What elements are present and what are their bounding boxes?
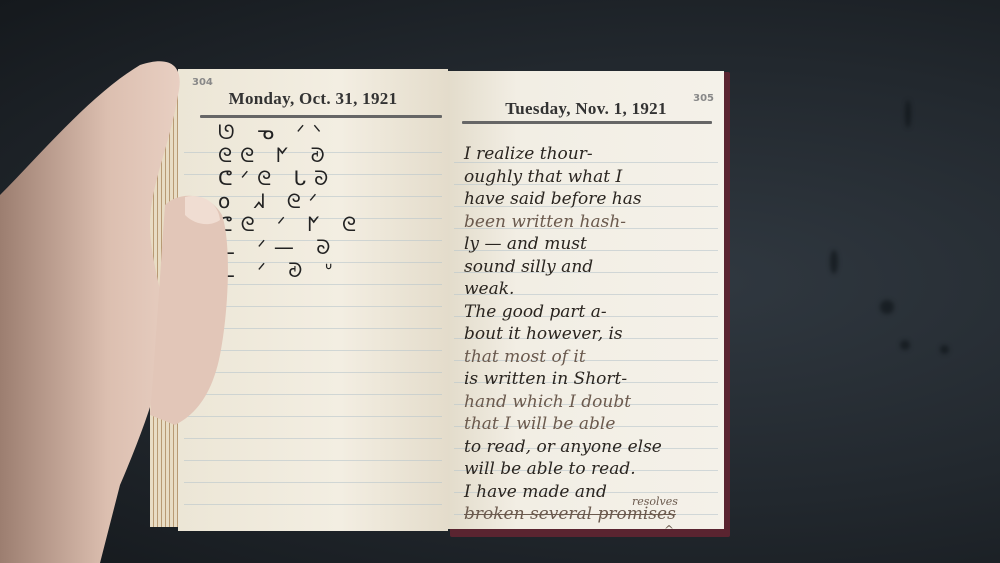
text-line: will be able to read. (464, 458, 714, 481)
text-line: that most of it (464, 346, 714, 369)
handwritten-entry: I realize thour- oughly that what I have… (464, 143, 714, 526)
shorthand-line: ᓚ ᐟ— ᘐ (218, 236, 438, 259)
correction: resolves (632, 491, 678, 514)
hand (0, 55, 240, 563)
text-line: oughly that what I (464, 166, 714, 189)
table-smudge (830, 250, 838, 274)
table-smudge (905, 100, 911, 128)
shorthand-line: ᕦᘓ ᐟ ᖼ ᘓ (218, 213, 438, 236)
text-line: bout it however, is (464, 323, 714, 346)
shorthand-line: o ᖽ ᘓᐟ (218, 190, 438, 213)
text-line: I realize thour- (464, 143, 714, 166)
table-smudge (900, 340, 910, 350)
text-line: hand which I doubt (464, 391, 714, 414)
right-page: 305 Tuesday, Nov. 1, 1921 I realize thou… (448, 71, 724, 529)
text-line: weak. (464, 278, 714, 301)
text-line: that I will be able (464, 413, 714, 436)
text-line: sound silly and (464, 256, 714, 279)
text-line: The good part a- (464, 301, 714, 324)
table-smudge (940, 345, 949, 354)
date-heading: Tuesday, Nov. 1, 1921 (448, 99, 724, 119)
shorthand-text: ᘎ ᓀ ᐟᐠ ᘓᘓ ᖼ ᘑ ᕦᐟᘓ ᒐᘐ o ᖽ ᘓᐟ ᕦᘓ ᐟ ᖼ ᘓ ᓚ ᐟ… (218, 121, 438, 282)
text-line: have said before has (464, 188, 714, 211)
shorthand-line: ᘎ ᓀ ᐟᐠ (218, 121, 438, 144)
table-smudge (880, 300, 894, 314)
heading-rule (462, 121, 712, 124)
shorthand-line: ᕦᐟᘓ ᒐᘐ (218, 167, 438, 190)
text-line: ly — and must (464, 233, 714, 256)
text-line: is written in Short- (464, 368, 714, 391)
shorthand-line: ᓚ ᐟ ᘑ ᐡ (218, 259, 438, 282)
shorthand-line: ᘓᘓ ᖼ ᘑ (218, 144, 438, 167)
text-line: been written hash- (464, 211, 714, 234)
caret-mark: ^ (664, 519, 674, 529)
text-line: to read, or anyone else (464, 436, 714, 459)
text-line: broken several promises resolves ^ (464, 503, 714, 526)
